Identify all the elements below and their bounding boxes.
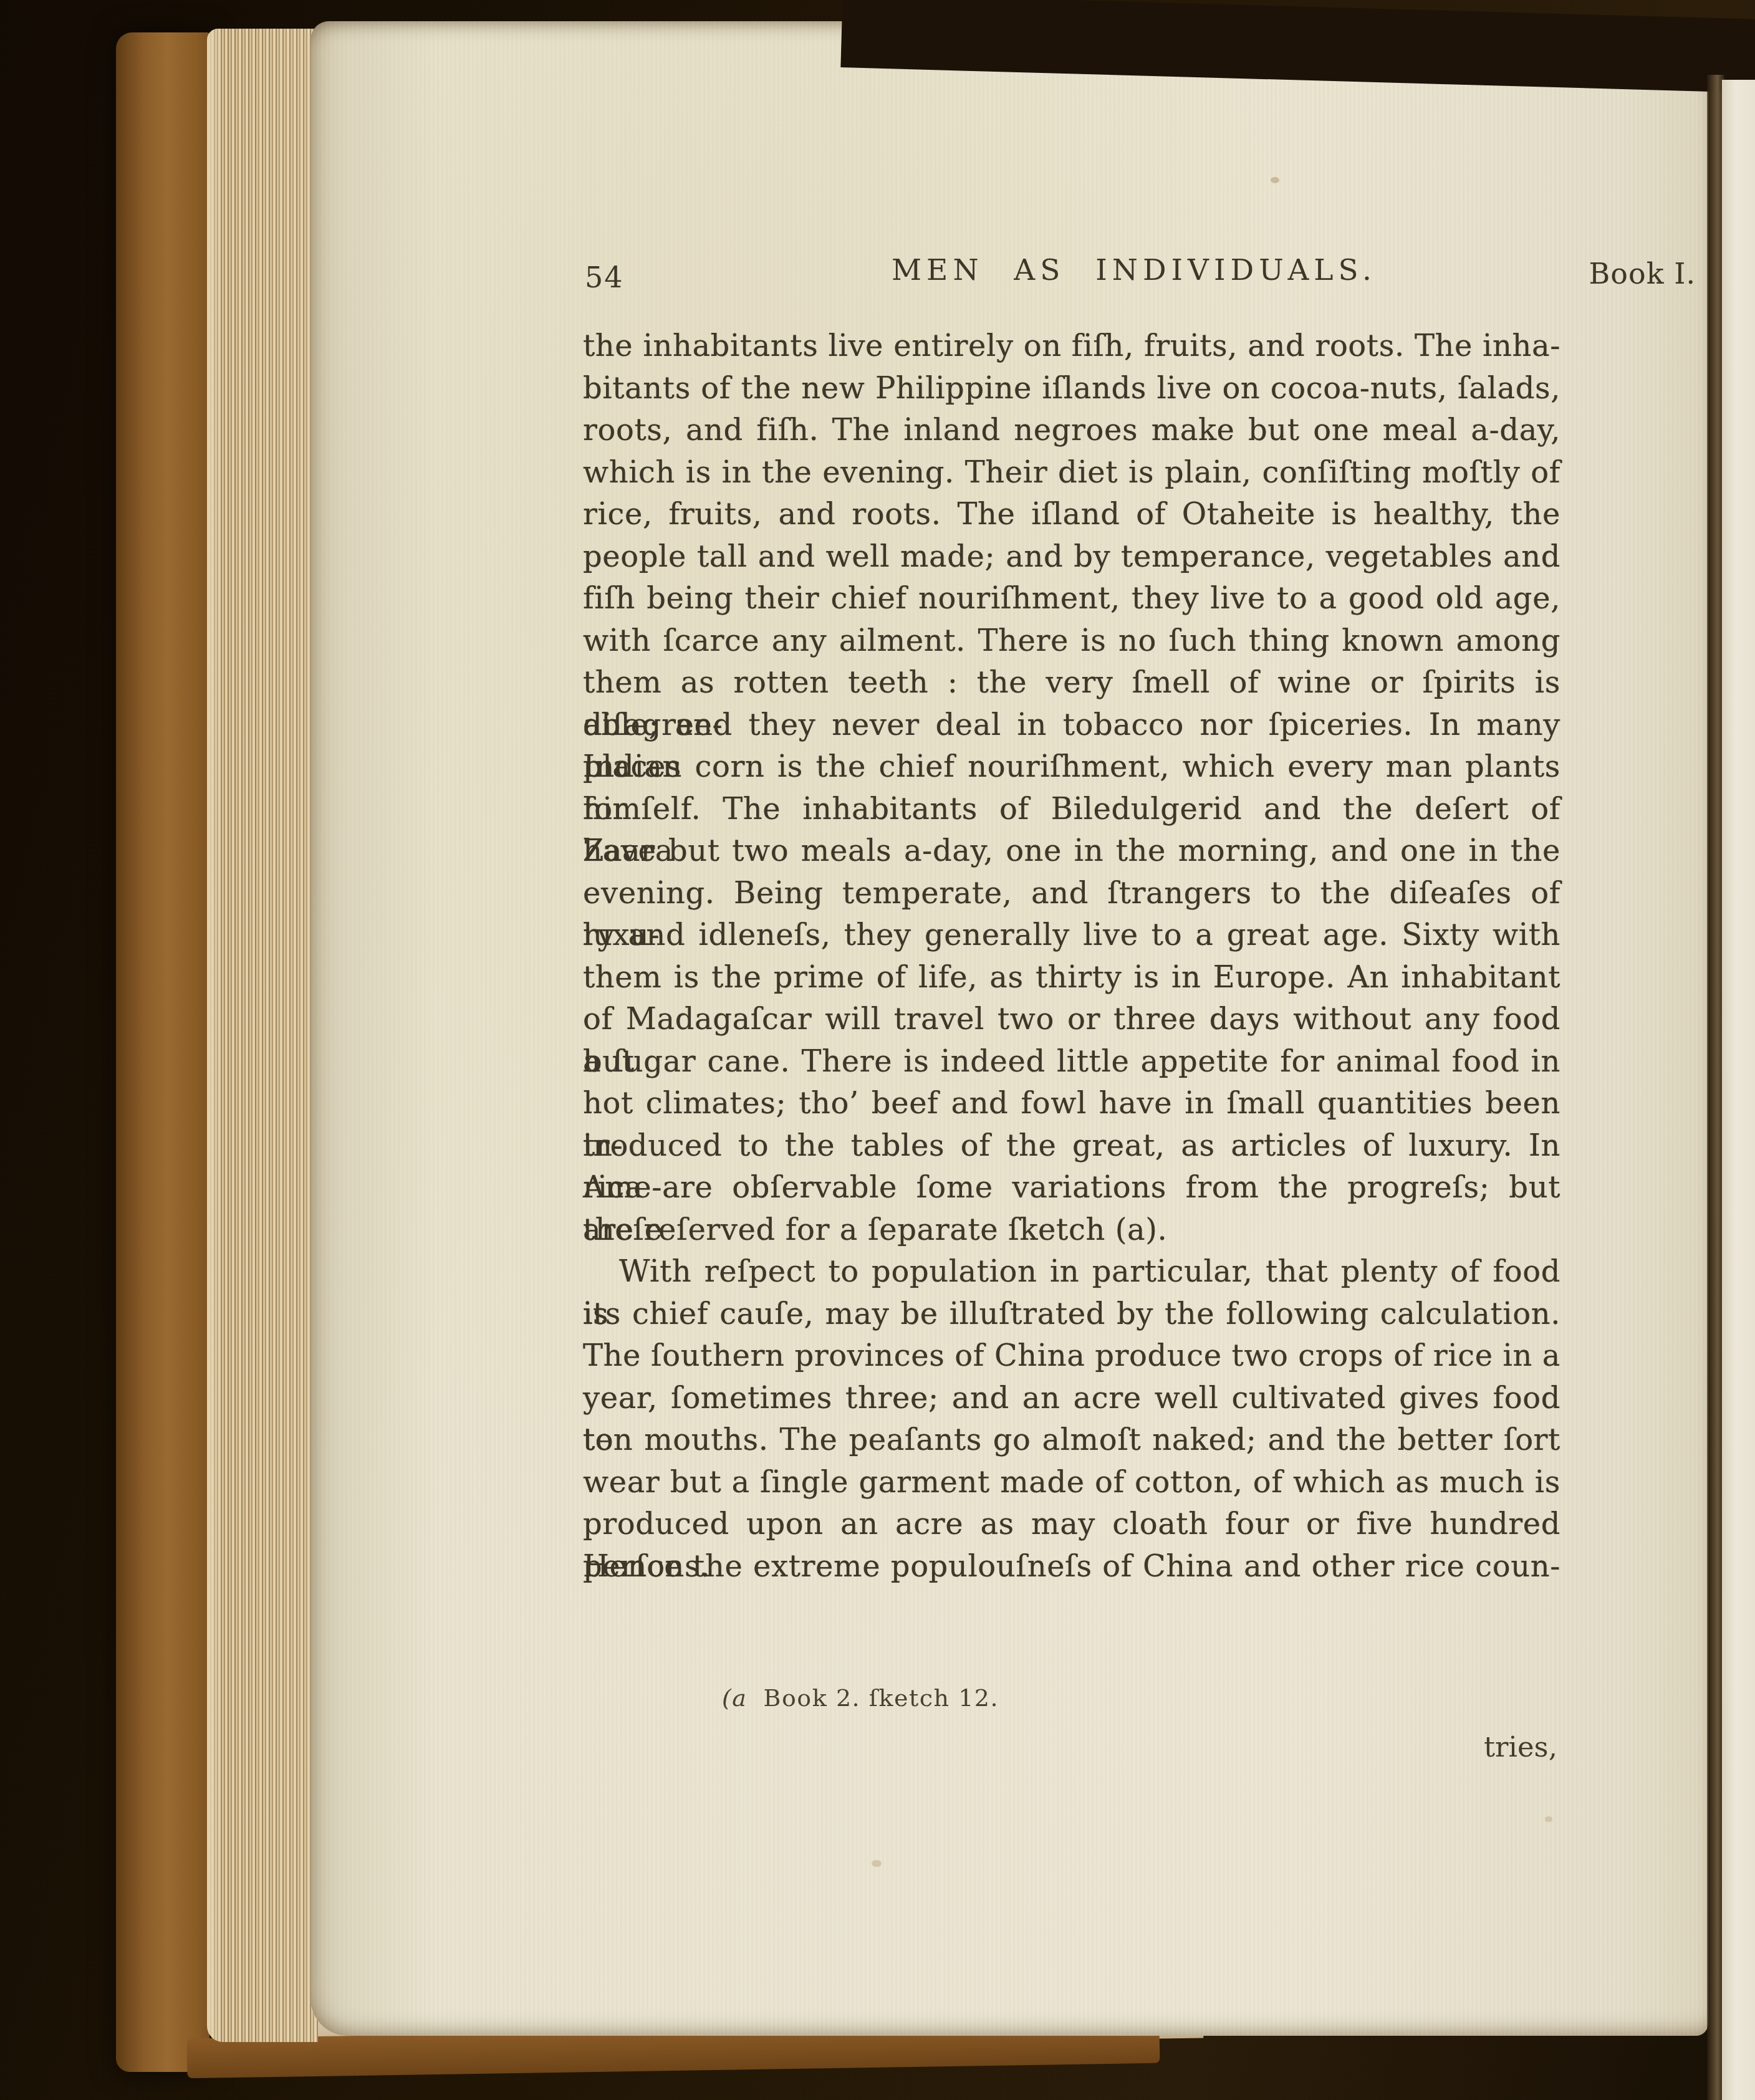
photo-background: 54 MEN AS INDIVIDUALS. Book I. the inhab… (0, 0, 1755, 2100)
text-line: a ſugar cane. There is indeed little app… (583, 1041, 1560, 1083)
text-line: wear but a ſingle garment made of cotton… (583, 1462, 1560, 1504)
text-line: Indian corn is the chief nouriſhment, wh… (583, 746, 1560, 789)
body-text-block: the inhabitants live entirely on fiſh, f… (583, 325, 1560, 1588)
text-line: rice, fruits, and roots. The iſland of O… (583, 494, 1560, 536)
foxing-spot (1271, 177, 1279, 183)
text-line: produced upon an acre as may cloath four… (583, 1503, 1560, 1546)
catchword: tries, (1320, 1730, 1557, 1763)
text-line: himſelf. The inhabitants of Biledulgerid… (583, 789, 1560, 831)
text-line: able; and they never deal in tobacco nor… (583, 704, 1560, 747)
footnote-marker: (a (722, 1684, 748, 1712)
text-line: have but two meals a-day, one in the mor… (583, 830, 1560, 873)
text-line: The ſouthern provinces of China produce … (583, 1335, 1560, 1378)
text-line: them is the prime of life, as thirty is … (583, 957, 1560, 999)
text-line: hot climates; tho’ beef and fowl have in… (583, 1083, 1560, 1125)
text-line: evening. Being temperate, and ſtrangers … (583, 873, 1560, 915)
text-line: its chief cauſe, may be illuſtrated by t… (583, 1293, 1560, 1336)
text-line: with ſcarce any ailment. There is no ſuc… (583, 620, 1560, 663)
stacked-page-fore-edges (207, 29, 318, 2042)
text-line: ry and idleneſs, they generally live to … (583, 914, 1560, 957)
page-edge-highlight (207, 29, 223, 2042)
next-page-sliver (1722, 80, 1755, 2100)
footnote: (aBook 2. ſketch 12. (722, 1684, 999, 1712)
text-line: troduced to the tables of the great, as … (583, 1125, 1560, 1167)
text-line: are reſerved for a ſeparate ſketch (a). (583, 1209, 1560, 1252)
text-line: Hence the extreme populouſneſs of China … (583, 1546, 1560, 1588)
text-line: the inhabitants live entirely on fiſh, f… (583, 325, 1560, 368)
text-line: which is in the evening. Their diet is p… (583, 452, 1560, 494)
foxing-spot (872, 1860, 882, 1867)
text-line: With reſpect to population in particular… (583, 1251, 1560, 1293)
text-line: them as rotten teeth : the very ſmell of… (583, 662, 1560, 704)
text-line: rica are obſervable ſome variations from… (583, 1167, 1560, 1209)
running-title: MEN AS INDIVIDUALS. (579, 253, 1690, 287)
text-line: year, ſometimes three; and an acre well … (583, 1378, 1560, 1420)
text-line: people tall and well made; and by temper… (583, 536, 1560, 578)
book-page: 54 MEN AS INDIVIDUALS. Book I. the inhab… (310, 21, 1708, 2036)
book-cover-spine (116, 32, 209, 2072)
page-header: 54 MEN AS INDIVIDUALS. Book I. (579, 253, 1690, 303)
text-line: of Madagaſcar will travel two or three d… (583, 999, 1560, 1041)
text-line: ten mouths. The peaſants go almoſt naked… (583, 1419, 1560, 1462)
footnote-text: Book 2. ſketch 12. (764, 1684, 999, 1712)
text-line: roots, and fiſh. The inland negroes make… (583, 410, 1560, 452)
book-label: Book I. (1589, 257, 1696, 290)
text-line: bitants of the new Philippine iſlands li… (583, 368, 1560, 410)
foxing-spot (1545, 1816, 1552, 1822)
text-line: fiſh being their chief nouriſhment, they… (583, 578, 1560, 620)
